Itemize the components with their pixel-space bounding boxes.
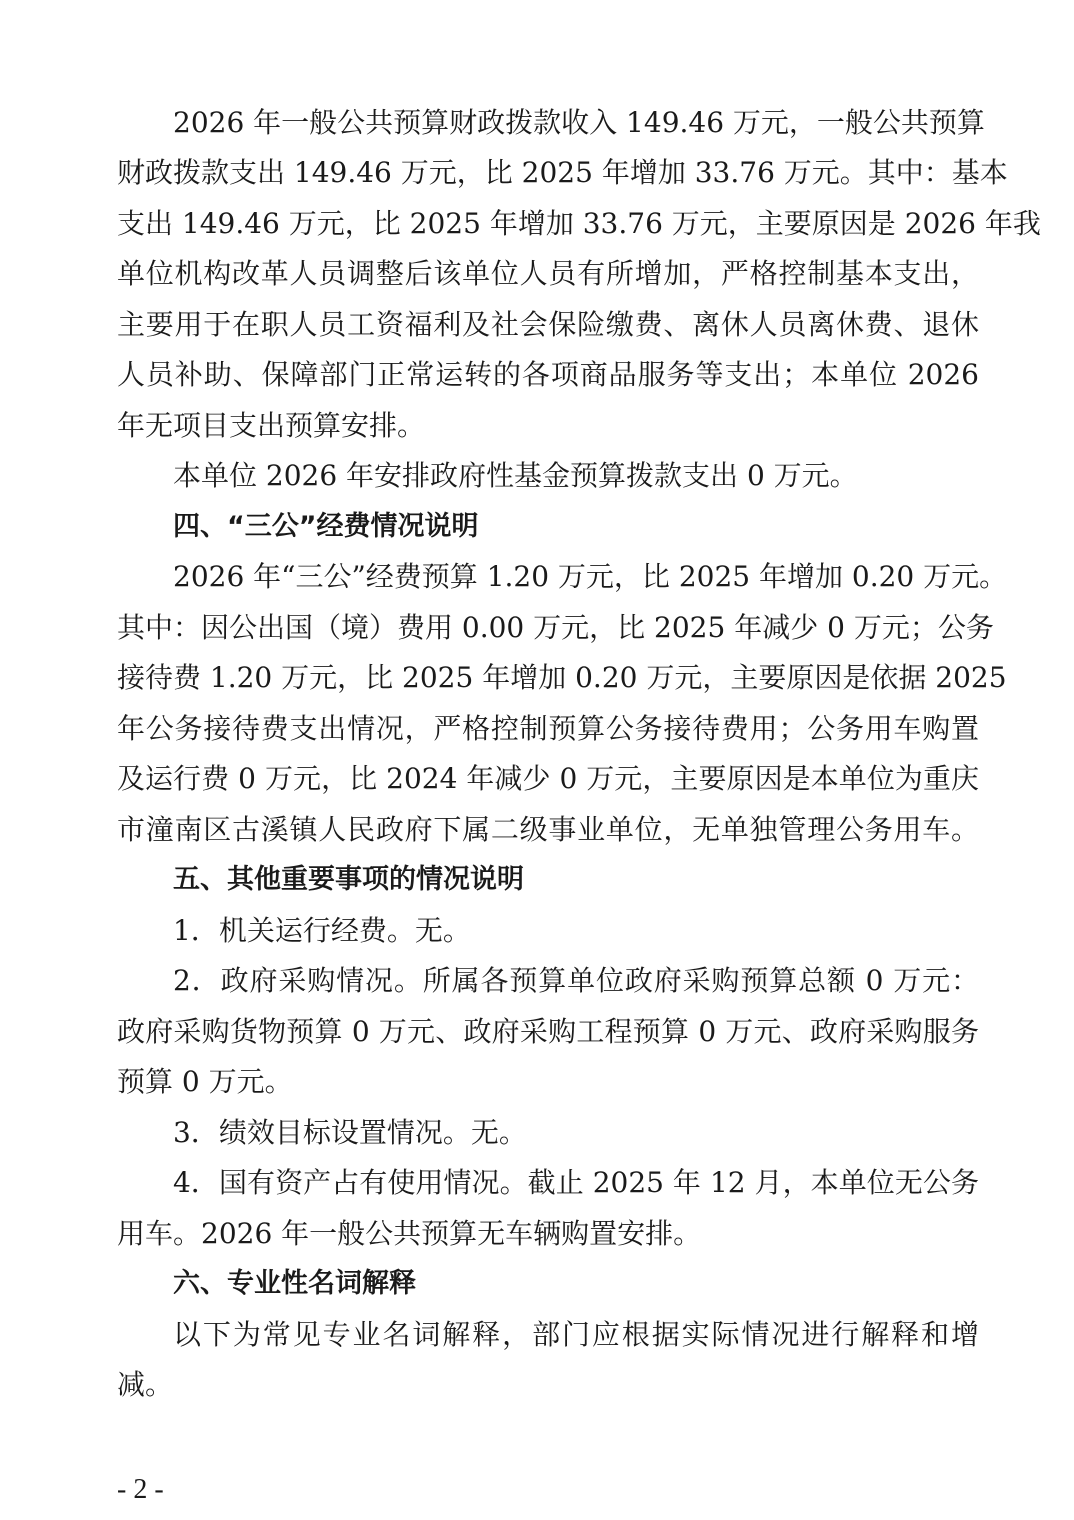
paragraph-line: 其中：因公出国（境）费用 0.00 万元，比 2025 年减少 0 万元；公务 xyxy=(117,608,979,648)
section-heading-6: 六、专业性名词解释 xyxy=(117,1264,979,1304)
section-heading-5: 五、其他重要事项的情况说明 xyxy=(117,860,979,900)
paragraph-line: 用车。2026 年一般公共预算无车辆购置安排。 xyxy=(117,1214,979,1254)
paragraph-line: 单位机构改革人员调整后该单位人员有所增加，严格控制基本支出， xyxy=(117,254,979,294)
paragraph-line: 以下为常见专业名词解释，部门应根据实际情况进行解释和增 xyxy=(117,1315,979,1355)
paragraph-line: 2026 年一般公共预算财政拨款收入 149.46 万元，一般公共预算 xyxy=(117,103,979,143)
paragraph-line: 年无项目支出预算安排。 xyxy=(117,406,979,446)
list-item: 1．机关运行经费。无。 xyxy=(117,911,979,951)
paragraph-line: 支出 149.46 万元，比 2025 年增加 33.76 万元，主要原因是 2… xyxy=(117,204,979,244)
paragraph-line: 本单位 2026 年安排政府性基金预算拨款支出 0 万元。 xyxy=(117,456,979,496)
paragraph-line: 2026 年“三公”经费预算 1.20 万元，比 2025 年增加 0.20 万… xyxy=(117,557,979,597)
paragraph-line: 政府采购货物预算 0 万元、政府采购工程预算 0 万元、政府采购服务 xyxy=(117,1012,979,1052)
list-item: 4．国有资产占有使用情况。截止 2025 年 12 月，本单位无公务 xyxy=(117,1163,979,1203)
list-item: 2．政府采购情况。所属各预算单位政府采购预算总额 0 万元： xyxy=(117,961,979,1001)
paragraph-line: 财政拨款支出 149.46 万元，比 2025 年增加 33.76 万元。其中：… xyxy=(117,153,979,193)
paragraph-line: 及运行费 0 万元，比 2024 年减少 0 万元，主要原因是本单位为重庆 xyxy=(117,759,979,799)
paragraph-line: 接待费 1.20 万元，比 2025 年增加 0.20 万元，主要原因是依据 2… xyxy=(117,658,979,698)
paragraph-line: 主要用于在职人员工资福利及社会保险缴费、离休人员离休费、退休 xyxy=(117,305,979,345)
list-item: 3．绩效目标设置情况。无。 xyxy=(117,1113,979,1153)
page-number: - 2 - xyxy=(117,1470,164,1510)
paragraph-line: 年公务接待费支出情况，严格控制预算公务接待费用；公务用车购置 xyxy=(117,709,979,749)
paragraph-line: 市潼南区古溪镇人民政府下属二级事业单位，无单独管理公务用车。 xyxy=(117,810,979,850)
section-heading-4: 四、“三公”经费情况说明 xyxy=(117,507,979,547)
paragraph-line: 人员补助、保障部门正常运转的各项商品服务等支出；本单位 2026 xyxy=(117,355,979,395)
paragraph-line: 减。 xyxy=(117,1365,979,1405)
paragraph-line: 预算 0 万元。 xyxy=(117,1062,979,1102)
